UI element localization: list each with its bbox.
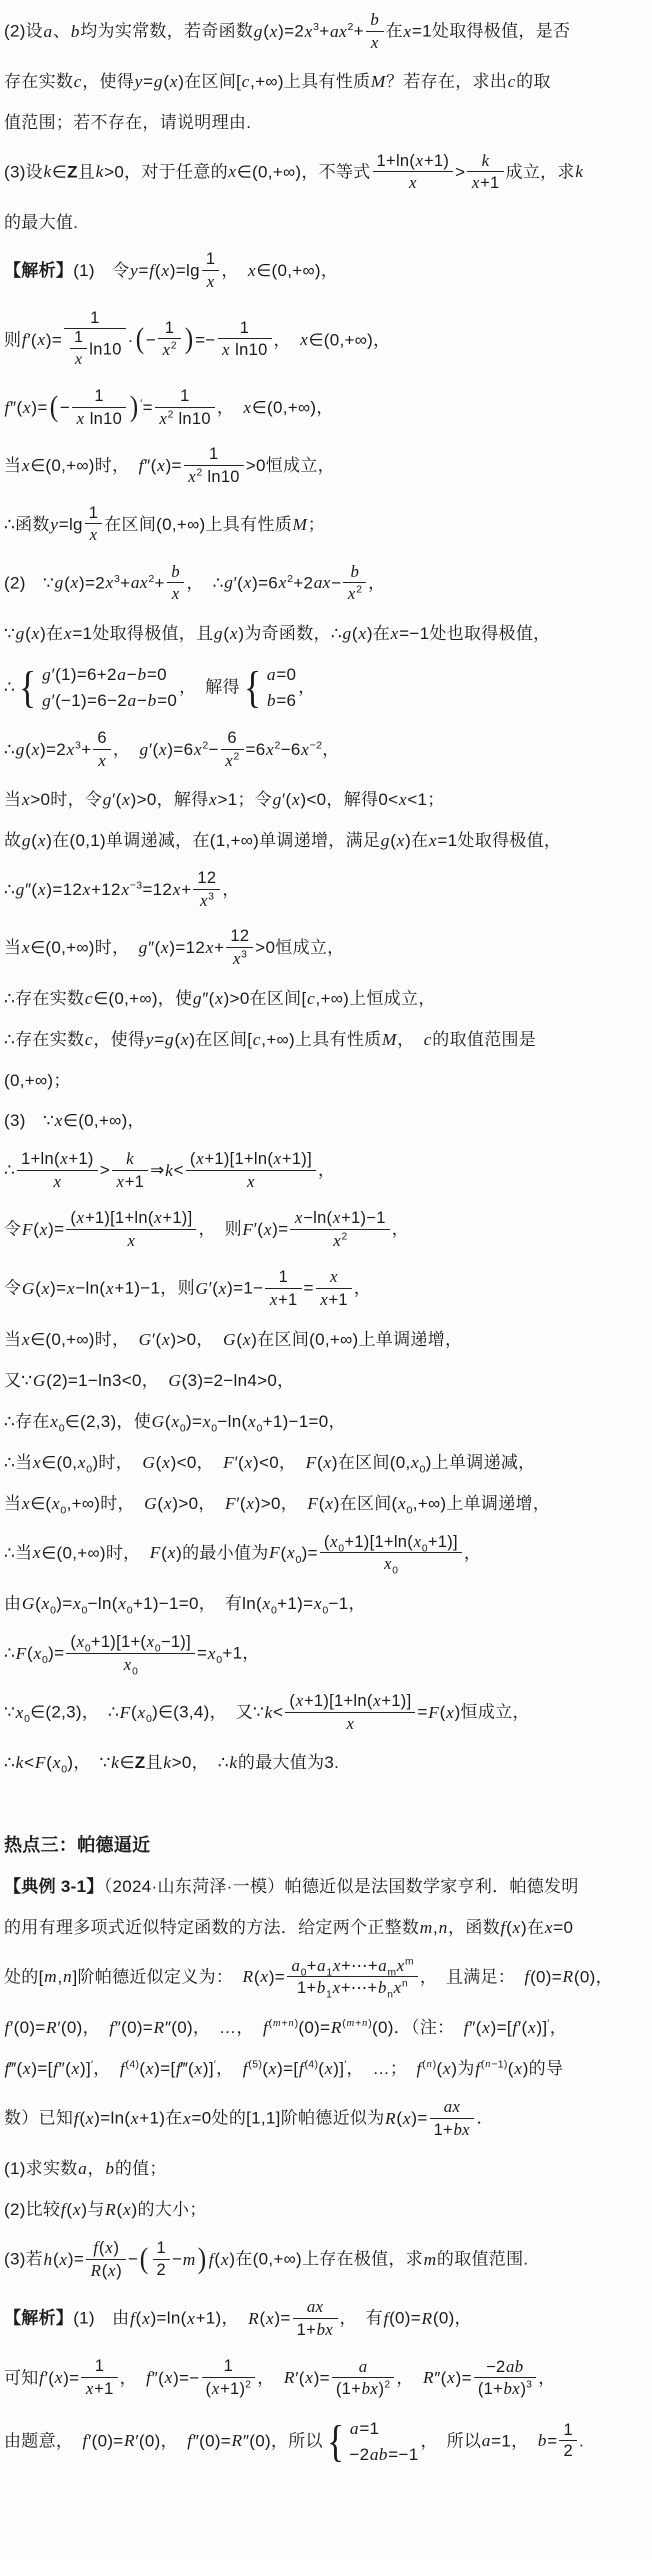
solution3-1-line3: 由题意， f′(0)=R′(0)， f″(0)=R″(0)，所以{a=1−2ab…	[4, 2416, 642, 2468]
solution3-1-line1: 【解析】(1) 由f(x)=ln(x+1)， R(x)=ax1+bx， 有f(0…	[4, 2297, 642, 2341]
solution2-line3: ∴{g′(1)=6+2a−b=0g′(−1)=6−2a−b=0， 解得{a=0b…	[4, 662, 642, 714]
section-heading-hotspot3: 热点三：帕德逼近	[4, 1832, 642, 1859]
problem-2-line3: 值范围；若不存在，请说明理由.	[4, 110, 642, 136]
solution2-line10: ∴存在实数c，使得y=g(x)在区间[c,+∞)上具有性质M， c的取值范围是	[4, 1027, 642, 1053]
solution2-line9: ∴存在实数c∈(0,+∞)，使g″(x)>0在区间[c,+∞)上恒成立，	[4, 986, 642, 1012]
example3-1-line4: f′(0)=R′(0)， f″(0)=R″(0)， …， f(m+n)(0)=R…	[4, 2015, 642, 2041]
solution3-line3: 令F(x)=(x+1)[1+ln(x+1)]x， 则F′(x)=x−ln(x+1…	[4, 1208, 642, 1252]
example3-1-q3: (3)若h(x)=f(x)R(x)−(12−m)f(x)在(0,+∞)上存在极值…	[4, 2238, 642, 2282]
example3-1-line5: f‴(x)=[f″(x)]′， f(4)(x)=[f‴(x)]′， f(5)(x…	[4, 2056, 642, 2082]
solution2-line6: 故g(x)在(0,1)单调递减，在(1,+∞)单调递增，满足g(x)在x=1处取…	[4, 828, 642, 854]
problem-2-line1: (2)设a、b均为实常数，若奇函数g(x)=2x3+ax2+bx在x=1处取得极…	[4, 10, 642, 54]
solution1-line4: 当x∈(0,+∞)时， f″(x)=1x2 ln10>0恒成立，	[4, 445, 642, 488]
solution2-line1: (2) ∵g(x)=2x3+ax2+bx， ∴g′(x)=6x2+2ax−bx2…	[4, 562, 642, 606]
example3-1-q1: (1)求实数a，b的值；	[4, 2156, 642, 2182]
example3-1-line2: 的用有理多项式近似特定函数的方法．给定两个正整数m,n，函数f(x)在x=0	[4, 1915, 642, 1941]
solution3-line10: ∴当x∈(0,+∞)时， F(x)的最小值为F(x0)=(x0+1)[1+ln(…	[4, 1532, 642, 1576]
solution2-line11: (0,+∞)；	[4, 1068, 642, 1094]
solution3-1-line2: 可知f′(x)=1x+1， f″(x)=−1(x+1)2， R′(x)=a(1+…	[4, 2357, 642, 2401]
solution2-line7: ∴g″(x)=12x+12x−3=12x+12x3，	[4, 869, 642, 912]
solution3-line5: 当x∈(0,+∞)时， G′(x)>0， G(x)在区间(0,+∞)上单调递增，	[4, 1327, 642, 1353]
solution1-line2: 则f′(x)=11xln10·(−1x2)=−1x ln10， x∈(0,+∞)…	[4, 309, 642, 373]
example3-1-line1: 【典例 3-1】（2024·山东菏泽·一模）帕德近似是法国数学家亨利．帕德发明	[4, 1874, 642, 1900]
solution2-line5: 当x>0时，令g′(x)>0，解得x>1；令g′(x)<0，解得0<x<1；	[4, 787, 642, 813]
solution3-line4: 令G(x)=x−ln(x+1)−1，则G′(x)=1−1x+1=xx+1，	[4, 1267, 642, 1311]
solution3-line13: ∵x0∈(2,3)， ∴F(x0)∈(3,4)， 又∵k<(x+1)[1+ln(…	[4, 1691, 642, 1735]
example3-1-q2: (2)比较f(x)与R(x)的大小；	[4, 2197, 642, 2223]
problem-3-line2: 的最大值.	[4, 210, 642, 236]
solution1-line1: 【解析】(1) 令y=f(x)=lg1x， x∈(0,+∞)，	[4, 250, 642, 293]
math-document-page: (2)设a、b均为实常数，若奇函数g(x)=2x3+ax2+bx在x=1处取得极…	[0, 0, 652, 2560]
solution3-line9: 当x∈(x0,+∞)时， G(x)>0， F′(x)>0， F(x)在区间(x0…	[4, 1491, 642, 1517]
solution3-line6: 又∵G(2)=1−ln3<0， G(3)=2−ln4>0，	[4, 1368, 642, 1394]
example3-1-line3: 处的[m,n]阶帕德近似定义为： R(x)=a0+a1x+⋯+amxm1+b1x…	[4, 1956, 642, 2000]
example3-1-line6: 数）已知f(x)=ln(x+1)在x=0处的[1,1]阶帕德近似为R(x)=ax…	[4, 2097, 642, 2141]
solution1-line5: ∴函数y=lg1x在区间(0,+∞)上具有性质M；	[4, 504, 642, 547]
document-body: (2)设a、b均为实常数，若奇函数g(x)=2x3+ax2+bx在x=1处取得极…	[4, 10, 642, 2468]
solution3-line2: ∴1+ln(x+1)x>kx+1⇒k<(x+1)[1+ln(x+1)]x，	[4, 1149, 642, 1193]
solution3-line7: ∴存在x0∈(2,3)，使G(x0)=x0−ln(x0+1)−1=0，	[4, 1409, 642, 1435]
solution3-line14: ∴k<F(x0)， ∵k∈Z且k>0， ∴k的最大值为3.	[4, 1750, 642, 1776]
problem-2-line2: 存在实数c，使得y=g(x)在区间[c,+∞)上具有性质M？若存在，求出c的取	[4, 69, 642, 95]
solution3-line8: ∴当x∈(0,x0)时， G(x)<0， F′(x)<0， F(x)在区间(0,…	[4, 1450, 642, 1476]
solution1-line3: f″(x)=(−1x ln10)′=1x2 ln10， x∈(0,+∞)，	[4, 387, 642, 430]
solution2-line2: ∵g(x)在x=1处取得极值，且g(x)为奇函数，∴g(x)在x=−1处也取得极…	[4, 621, 642, 647]
solution3-line1: (3) ∵x∈(0,+∞)，	[4, 1108, 642, 1134]
solution3-line12: ∴F(x0)=(x0+1)[1+(x0−1)]x0=x0+1，	[4, 1632, 642, 1676]
solution2-line4: ∴g(x)=2x3+6x， g′(x)=6x2−6x2=6x2−6x−2，	[4, 729, 642, 772]
problem-3-line1: (3)设k∈Z且k>0，对于任意的x∈(0,+∞)，不等式1+ln(x+1)x>…	[4, 151, 642, 195]
solution3-line11: 由G(x0)=x0−ln(x0+1)−1=0， 有ln(x0+1)=x0−1，	[4, 1591, 642, 1617]
solution2-line8: 当x∈(0,+∞)时， g″(x)=12x+12x3>0恒成立，	[4, 927, 642, 970]
